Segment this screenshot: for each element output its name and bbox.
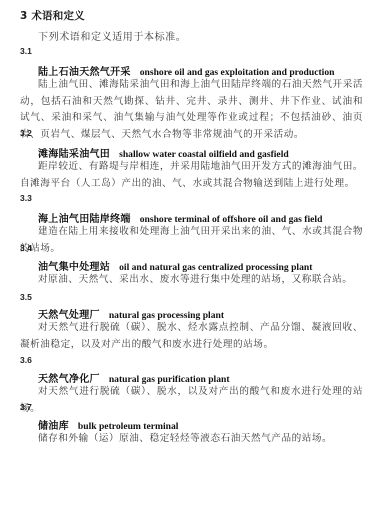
term-definition: 距岸较近、有路堤与岸相连，并采用陆地油气田开发方式的滩海油气田。自滩海平台（人工… xyxy=(20,159,363,192)
term-title: 油气集中处理站oil and natural gas centralized p… xyxy=(38,258,312,273)
term-number: 3.7 xyxy=(20,402,32,412)
term-number: 3.6 xyxy=(20,355,32,365)
term-definition: 建造在陆上用来接收和处理海上油气田开采出来的油、气、水或其混合物的站场。 xyxy=(20,224,363,257)
term-number: 3.4 xyxy=(20,243,32,253)
term-title: 天然气处理厂natural gas processing plant xyxy=(38,306,224,321)
term-title: 陆上石油天然气开采onshore oil and gas exploitatio… xyxy=(38,63,334,78)
term-number: 3.1 xyxy=(20,46,32,56)
term-definition: 对原油、天然气、采出水、废水等进行集中处理的站场，又称联合站。 xyxy=(20,272,363,289)
term-number: 3.5 xyxy=(20,292,32,302)
term-definition: 对天然气进行脱硫（碳）、脱水、烃水露点控制、产品分馏、凝液回收、凝析油稳定，以及… xyxy=(20,320,363,353)
term-title: 滩海陆采油气田shallow water coastal oilfield an… xyxy=(38,145,289,160)
term-definition: 储存和外输（运）原油、稳定轻烃等液态石油天然气产品的站场。 xyxy=(20,431,363,448)
section-heading: 3 术语和定义 xyxy=(20,8,85,23)
term-title: 海上油气田陆岸终端onshore terminal of offshore oi… xyxy=(38,210,322,225)
term-title: 储油库bulk petroleum terminal xyxy=(38,417,178,432)
term-title: 天然气净化厂natural gas purification plant xyxy=(38,370,230,385)
term-number: 3.3 xyxy=(20,193,32,203)
term-definition: 陆上油气田、滩海陆采油气田和海上油气田陆岸终端的石油天然气开采活动，包括石油和天… xyxy=(20,77,363,143)
term-definition: 对天然气进行脱硫（碳）、脱水，以及对产出的酸气和废水进行处理的站场。 xyxy=(20,384,363,417)
section-intro: 下列术语和定义适用于本标准。 xyxy=(38,28,186,43)
term-number: 3.2 xyxy=(20,128,32,138)
